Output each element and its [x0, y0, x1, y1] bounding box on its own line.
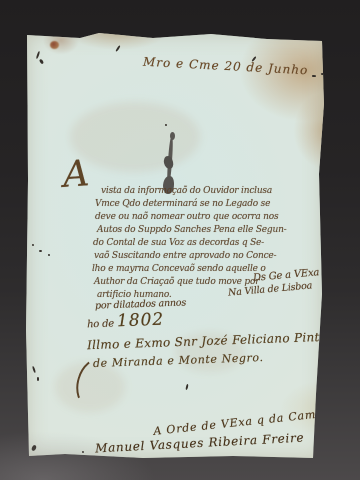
- ink-speck: [32, 244, 34, 246]
- manuscript-line: deve ou naõ nomear outro que ocorra nos: [95, 212, 278, 222]
- ink-speck: [312, 75, 316, 77]
- manuscript-addressee: Illmo e Exmo Snr Jozé Feliciano Pinto: [87, 330, 328, 352]
- manuscript-line: vista da informaçaõ do Ouvidor inclusa: [101, 186, 272, 196]
- ink-speck: [37, 377, 39, 381]
- manuscript-initial: A: [62, 153, 91, 196]
- date-prefix: ho de: [87, 318, 114, 330]
- ink-speck: [36, 51, 41, 59]
- ink-speck: [332, 414, 336, 416]
- paper-sheet: Mro e Cme 20 de Junho A vista da informa…: [25, 32, 325, 460]
- ink-speck: [39, 250, 42, 252]
- ink-speck: [31, 444, 37, 451]
- ink-speck: [185, 384, 188, 390]
- manuscript-line: do Contal de sua Voz as decordas q Se-: [93, 238, 264, 248]
- manuscript-date-line: ho de 1802: [87, 310, 165, 333]
- manuscript-line: Author da Criaçaõ que tudo move por: [94, 277, 259, 287]
- ink-blot-blob: [163, 155, 175, 170]
- manuscript-line: Autos do Suppdo Sanches Pena elle Segun-: [97, 225, 287, 235]
- ink-blot-hook: [170, 132, 175, 140]
- ink-speck: [48, 254, 50, 256]
- stain-dot: [50, 41, 59, 49]
- manuscript-line: vaõ Suscitando entre aprovado no Conce-: [94, 251, 276, 261]
- ink-speck: [165, 124, 167, 126]
- photo-background: Mro e Cme 20 de Junho A vista da informa…: [0, 0, 360, 480]
- ink-speck: [32, 366, 36, 373]
- manuscript-addressee: de Miranda e Monte Negro.: [93, 351, 264, 370]
- manuscript-line: Vmce Qdo determinará se no Legado se: [95, 199, 270, 209]
- manuscript-header-note: Mro e Cme 20 de Junho: [143, 55, 309, 78]
- manuscript-line: lho e mayrna Concevaõ sendo aquelle o: [92, 264, 266, 274]
- ink-speck: [115, 45, 121, 52]
- ink-speck: [82, 451, 84, 453]
- ink-speck: [321, 73, 326, 75]
- date-year: 1802: [117, 310, 165, 332]
- manuscript-signature: Manuel Vasques Ribeira Freire: [95, 431, 305, 456]
- ink-speck: [39, 59, 44, 65]
